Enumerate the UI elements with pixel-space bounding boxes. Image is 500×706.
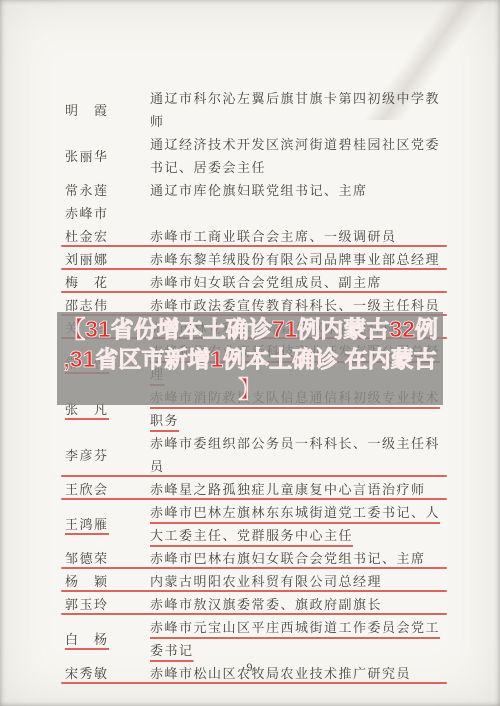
person-name: 赤峰市	[65, 202, 150, 225]
news-caption-banner: 【31省份增本土确诊71例内蒙古32例 ,31省区市新增1例本土确诊 在内蒙古 …	[57, 312, 443, 405]
person-title: 赤峰市巴林左旗林东东城街道党工委书记、人大工委主任、党群服务中心主任	[150, 501, 445, 547]
table-row: 杜金宏 赤峰市工商业联合会主席、一级调研员	[65, 225, 445, 248]
person-title: 赤峰市委组织部公务员一科科长、一级主任科员	[150, 432, 445, 478]
table-row: 白 杨 赤峰市元宝山区平庄西城街道工作委员会党工委书记	[65, 616, 445, 662]
person-title: 赤峰东黎羊绒股份有限公司品牌事业部总经理	[150, 248, 445, 271]
person-title: 赤峰市工商业联合会主席、一级调研员	[150, 225, 445, 248]
page-number: 9	[0, 660, 500, 675]
banner-text-line-2: ,31省区市新增1例本土确诊 在内蒙古	[63, 344, 436, 374]
person-name: 刘丽娜	[65, 248, 150, 271]
person-title: 赤峰市元宝山区平庄西城街道工作委员会党工委书记	[150, 616, 445, 662]
table-row: 明 霞 通辽市科尔沁左翼后旗甘旗卡第四初级中学教师	[65, 87, 445, 133]
table-row: 常永莲 通辽市库伦旗妇联党组书记、主席	[65, 179, 445, 202]
banner-text-line-3: 】	[239, 374, 262, 404]
person-title: 赤峰星之路孤独症儿童康复中心言语治疗师	[150, 478, 445, 501]
person-name: 李彦芬	[65, 444, 150, 467]
table-row: 郭玉玲 赤峰市敖汉旗委常委、旗政府副旗长	[65, 593, 445, 616]
person-title: 通辽市科尔沁左翼后旗甘旗卡第四初级中学教师	[150, 87, 445, 133]
table-row: 刘丽娜 赤峰东黎羊绒股份有限公司品牌事业部总经理	[65, 248, 445, 271]
section-header-row: 赤峰市	[65, 202, 445, 225]
person-name: 梅 花	[65, 271, 150, 294]
person-name: 王欣会	[65, 478, 150, 501]
table-row: 邹德荣 赤峰市巴林右旗妇女联合会党组书记、主席	[65, 547, 445, 570]
person-name: 王鸿雁	[65, 513, 150, 536]
table-row: 李彦芬 赤峰市委组织部公务员一科科长、一级主任科员	[65, 432, 445, 478]
banner-text-line-1: 【31省份增本土确诊71例内蒙古32例	[62, 314, 438, 344]
person-title: 通辽市库伦旗妇联党组书记、主席	[150, 179, 445, 202]
table-row: 梅 花 赤峰市妇女联合会党组成员、副主席	[65, 271, 445, 294]
person-name: 郭玉玲	[65, 593, 150, 616]
person-name: 明 霞	[65, 99, 150, 122]
person-title: 内蒙古明阳农业科贸有限公司总经理	[150, 570, 445, 593]
person-title: 赤峰市敖汉旗委常委、旗政府副旗长	[150, 593, 445, 616]
person-name: 杨 颖	[65, 570, 150, 593]
table-row: 王鸿雁 赤峰市巴林左旗林东东城街道党工委书记、人大工委主任、党群服务中心主任	[65, 501, 445, 547]
person-title: 赤峰市妇女联合会党组成员、副主席	[150, 271, 445, 294]
table-row: 张丽华 通辽经济技术开发区滨河街道碧桂园社区党委书记、居委会主任	[65, 133, 445, 179]
person-title: 赤峰市巴林右旗妇女联合会党组书记、主席	[150, 547, 445, 570]
person-name: 邹德荣	[65, 547, 150, 570]
table-row: 王欣会 赤峰星之路孤独症儿童康复中心言语治疗师	[65, 478, 445, 501]
person-name: 杜金宏	[65, 225, 150, 248]
scanned-document-page: 明 霞 通辽市科尔沁左翼后旗甘旗卡第四初级中学教师 张丽华 通辽经济技术开发区滨…	[0, 0, 500, 706]
table-row: 杨 颖 内蒙古明阳农业科贸有限公司总经理	[65, 570, 445, 593]
person-name: 常永莲	[65, 179, 150, 202]
person-name: 白 杨	[65, 628, 150, 651]
person-name: 张丽华	[65, 145, 150, 168]
person-title: 通辽经济技术开发区滨河街道碧桂园社区党委书记、居委会主任	[150, 133, 445, 179]
